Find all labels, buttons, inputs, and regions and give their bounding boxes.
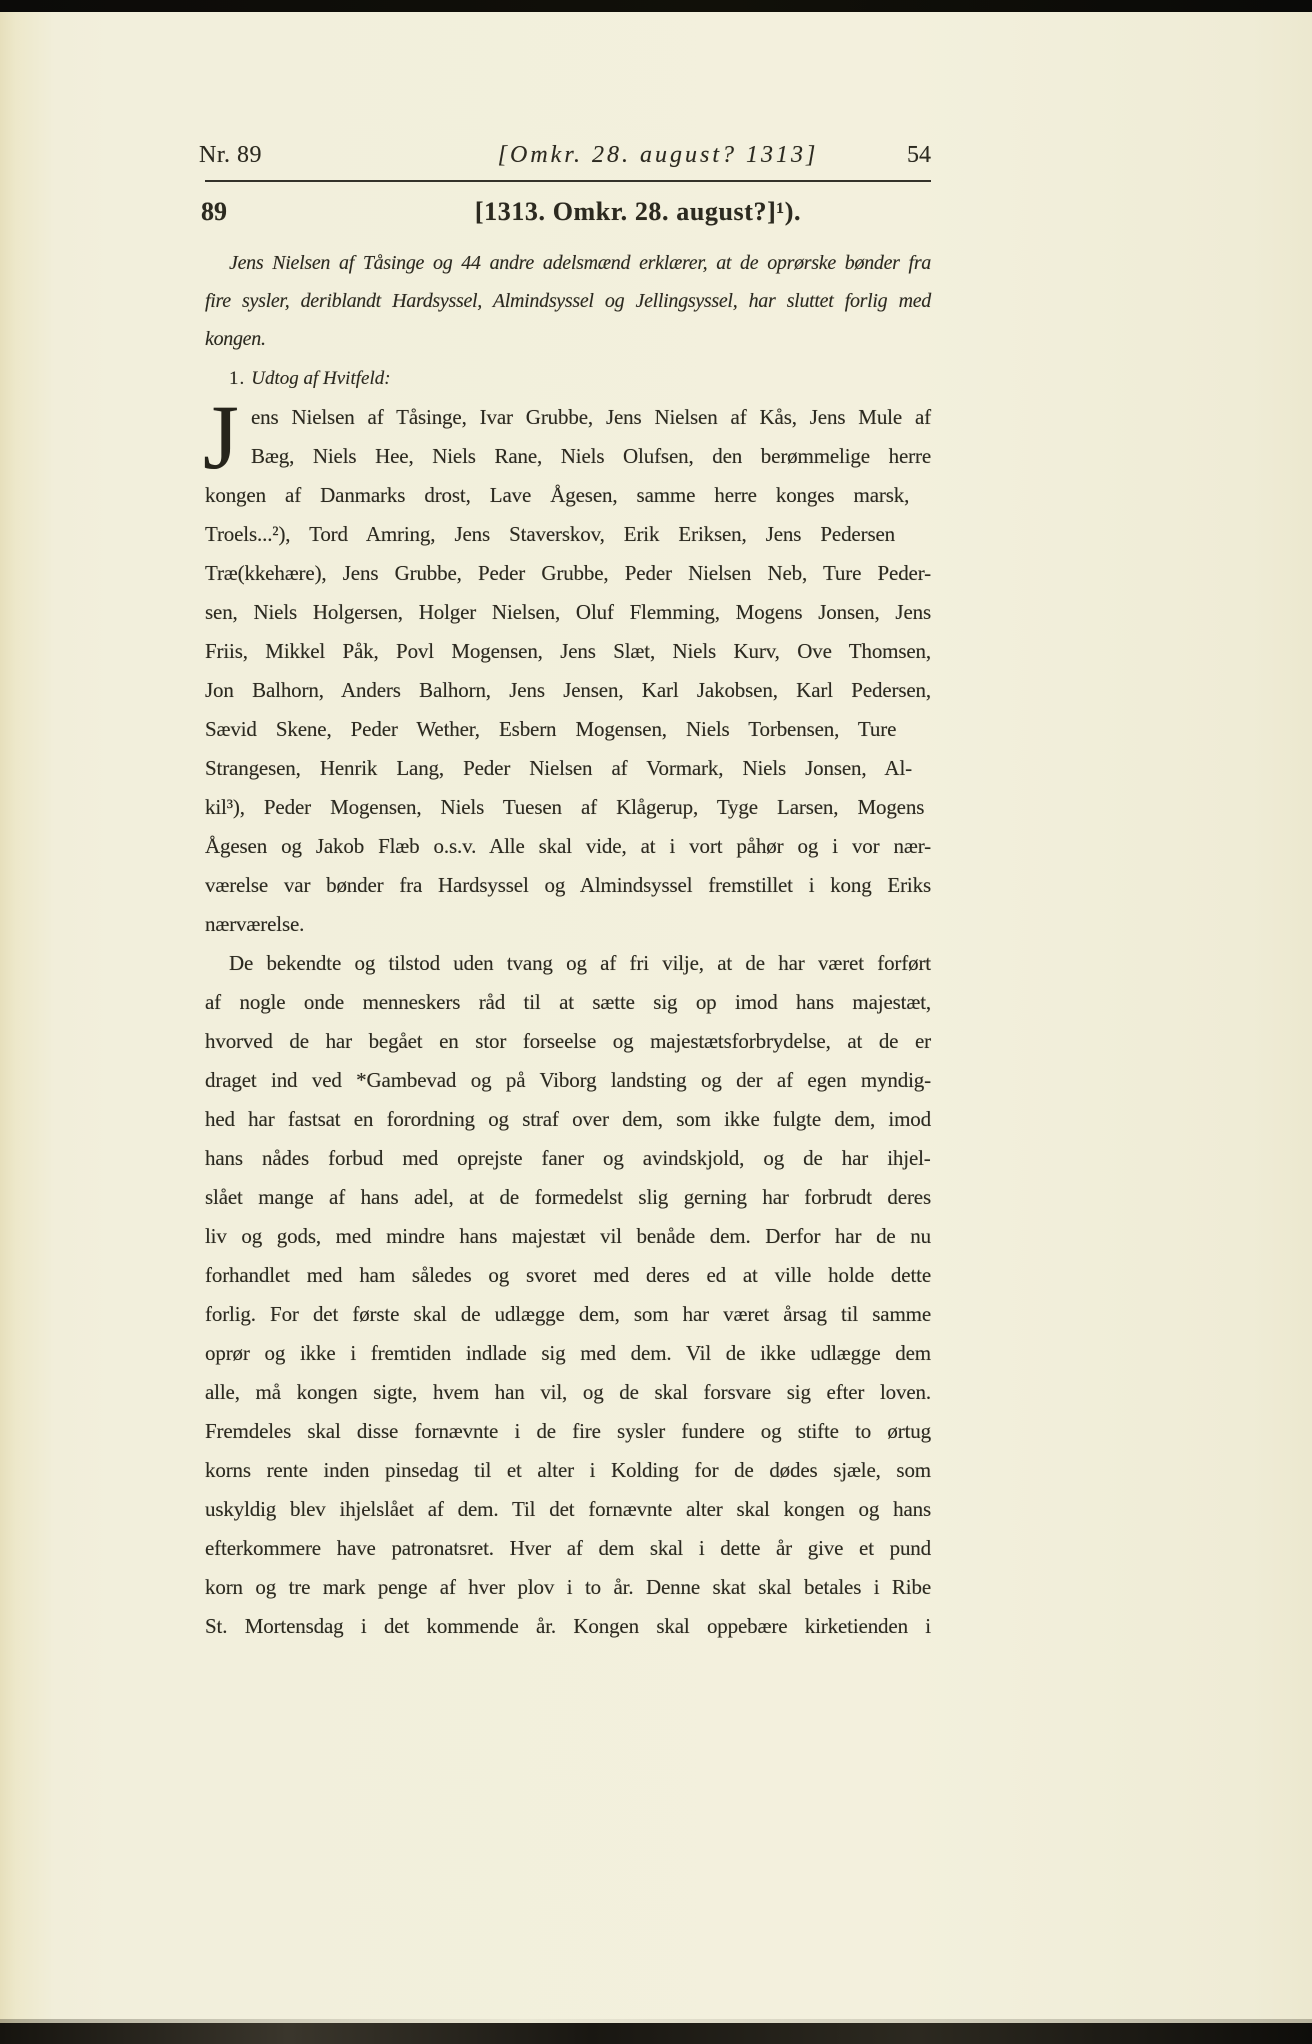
text-line: kongen. bbox=[205, 320, 931, 358]
text-line: kil³), Peder Mogensen, Niels Tuesen af K… bbox=[205, 788, 931, 827]
text-line: af nogle onde menneskers råd til at sætt… bbox=[205, 983, 931, 1022]
text-line: forhandlet med ham således og svoret med… bbox=[205, 1256, 931, 1295]
text-line: liv og gods, med mindre hans majestæt vi… bbox=[205, 1217, 931, 1256]
document-summary: Jens Nielsen af Tåsinge og 44 andre adel… bbox=[205, 244, 931, 358]
running-header: Nr. 89 [Omkr. 28. august? 1313] 54 bbox=[205, 142, 931, 174]
text-line: forlig. For det første skal de udlægge d… bbox=[205, 1295, 931, 1334]
text-line: Bæg, Niels Hee, Niels Rane, Niels Olufse… bbox=[205, 437, 931, 476]
paragraph-settlement: De bekendte og tilstod uden tvang og af … bbox=[205, 944, 931, 1646]
document-heading: 89 [1313. Omkr. 28. august?]¹). bbox=[205, 197, 931, 231]
text-line: hvorved de har begået en stor forseelse … bbox=[205, 1022, 931, 1061]
text-line: oprør og ikke i fremtiden indlade sig me… bbox=[205, 1334, 931, 1373]
text-line: Friis, Mikkel Påk, Povl Mogensen, Jens S… bbox=[205, 632, 931, 671]
text-line: Træ(kkehære), Jens Grubbe, Peder Grubbe,… bbox=[205, 554, 931, 593]
document-date-heading: [1313. Omkr. 28. august?]¹). bbox=[275, 197, 1001, 227]
header-document-number: Nr. 89 bbox=[199, 142, 262, 169]
source-note: 1.Udtog af Hvitfeld: bbox=[205, 360, 931, 398]
text-line: Ågesen og Jakob Flæb o.s.v. Alle skal vi… bbox=[205, 827, 931, 866]
text-line: Sævid Skene, Peder Wether, Esbern Mogens… bbox=[205, 710, 931, 749]
text-line: hed har fastsat en forordning og straf o… bbox=[205, 1100, 931, 1139]
text-line: fire sysler, deriblandt Hardsyssel, Almi… bbox=[205, 282, 931, 320]
drop-cap-letter: J bbox=[203, 391, 239, 483]
text-line: uskyldig blev ihjelslået af dem. Til det… bbox=[205, 1490, 931, 1529]
text-line: nærværelse. bbox=[205, 905, 931, 944]
text-line: korns rente inden pinsedag til et alter … bbox=[205, 1451, 931, 1490]
text-line: kongen af Danmarks drost, Lave Ågesen, s… bbox=[205, 476, 931, 515]
text-line: Fremdeles skal disse fornævnte i de fire… bbox=[205, 1412, 931, 1451]
text-line: slået mange af hans adel, at de formedel… bbox=[205, 1178, 931, 1217]
text-line: draget ind ved *Gambevad og på Viborg la… bbox=[205, 1061, 931, 1100]
text-column: Nr. 89 [Omkr. 28. august? 1313] 54 89 [1… bbox=[205, 142, 931, 1646]
text-line: De bekendte og tilstod uden tvang og af … bbox=[205, 944, 931, 983]
scan-edge-bottom bbox=[0, 2023, 1312, 2044]
text-line: sen, Niels Holgersen, Holger Nielsen, Ol… bbox=[205, 593, 931, 632]
text-line: Jon Balhorn, Anders Balhorn, Jens Jensen… bbox=[205, 671, 931, 710]
header-page-number: 54 bbox=[907, 142, 931, 169]
text-line: ens Nielsen af Tåsinge, Ivar Grubbe, Jen… bbox=[205, 398, 931, 437]
text-line: hans nådes forbud med oprejste faner og … bbox=[205, 1139, 931, 1178]
text-line: Strangesen, Henrik Lang, Peder Nielsen a… bbox=[205, 749, 931, 788]
text-line: efterkommere have patronatsret. Hver af … bbox=[205, 1529, 931, 1568]
paragraph-lines: ens Nielsen af Tåsinge, Ivar Grubbe, Jen… bbox=[205, 398, 931, 944]
text-line: alle, må kongen sigte, hvem han vil, og … bbox=[205, 1373, 931, 1412]
text-line: Jens Nielsen af Tåsinge og 44 andre adel… bbox=[205, 244, 931, 282]
text-line: Troels...²), Tord Amring, Jens Staversko… bbox=[205, 515, 931, 554]
source-note-text: Udtog af Hvitfeld: bbox=[251, 368, 390, 389]
text-line: St. Mortensdag i det kommende år. Kongen… bbox=[205, 1607, 931, 1646]
document-number: 89 bbox=[201, 197, 227, 227]
text-line: værelse var bønder fra Hardsyssel og Alm… bbox=[205, 866, 931, 905]
text-line: korn og tre mark penge af hver plov i to… bbox=[205, 1568, 931, 1607]
scan-edge-top bbox=[0, 0, 1312, 12]
paragraph-witness-list: J ens Nielsen af Tåsinge, Ivar Grubbe, J… bbox=[205, 398, 931, 944]
header-rule bbox=[205, 180, 931, 182]
scanned-book-page: Nr. 89 [Omkr. 28. august? 1313] 54 89 [1… bbox=[0, 0, 1312, 2044]
